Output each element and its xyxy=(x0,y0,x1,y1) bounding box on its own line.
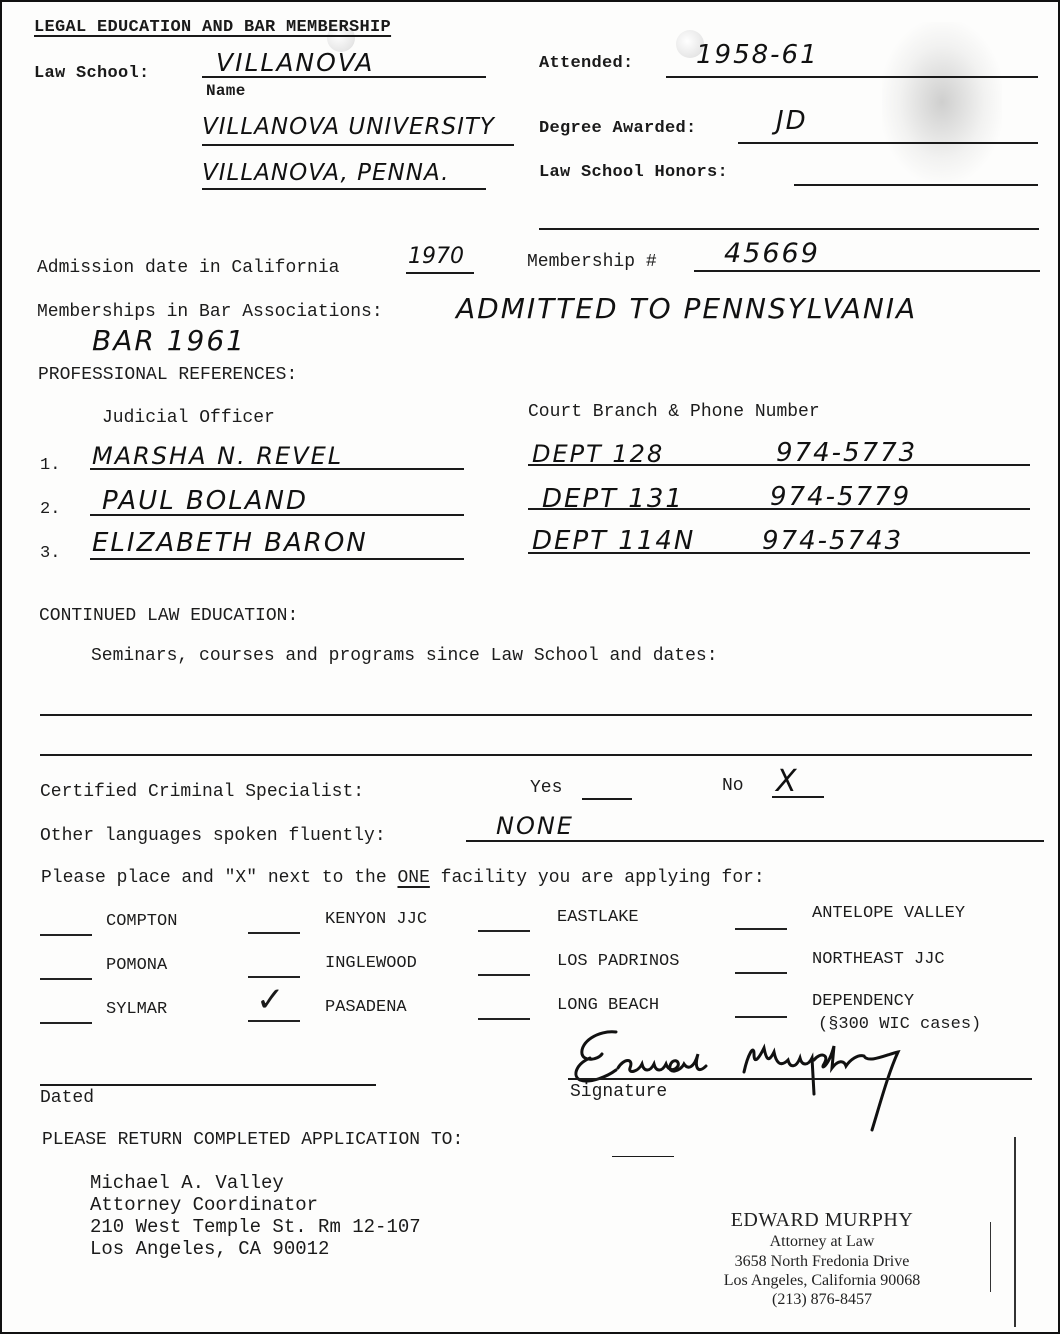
reference-num: 1. xyxy=(40,456,60,475)
reference-officer-line xyxy=(90,514,464,516)
reference-num: 2. xyxy=(40,500,60,519)
bar-associations-value-line2[interactable]: BAR 1961 xyxy=(92,324,246,357)
attended-line xyxy=(666,76,1038,78)
section-title: LEGAL EDUCATION AND BAR MEMBERSHIP xyxy=(34,18,391,37)
facility-checkbox-pasadena[interactable] xyxy=(248,1020,300,1022)
facility-label-pomona: POMONA xyxy=(106,956,167,975)
facility-checkbox-eastlake[interactable] xyxy=(478,930,530,932)
application-form-page: LEGAL EDUCATION AND BAR MEMBERSHIP Law S… xyxy=(0,0,1060,1334)
signature-line xyxy=(568,1078,1032,1080)
continued-education-prompt: Seminars, courses and programs since Law… xyxy=(91,646,718,666)
reference-officer[interactable]: PAUL BOLAND xyxy=(102,486,308,516)
languages-value[interactable]: NONE xyxy=(496,812,574,840)
reference-officer[interactable]: ELIZABETH BARON xyxy=(92,528,368,558)
membership-value[interactable]: 45669 xyxy=(724,238,820,269)
dated-label: Dated xyxy=(40,1088,94,1108)
facility-prompt-emphasis: ONE xyxy=(397,868,429,888)
law-school-label: Law School: xyxy=(34,64,150,83)
admission-label: Admission date in California xyxy=(37,258,339,278)
degree-line xyxy=(738,142,1038,144)
facility-checkbox-antelope-valley[interactable] xyxy=(735,928,787,930)
facility-label-long-beach: LONG BEACH xyxy=(557,996,659,1015)
facility-checkbox-long-beach[interactable] xyxy=(478,1018,530,1020)
attended-label: Attended: xyxy=(539,54,634,73)
dated-line xyxy=(40,1084,376,1086)
honors-line xyxy=(794,184,1038,186)
facility-label-dependency: DEPENDENCY xyxy=(812,992,914,1011)
business-card: EDWARD MURPHY Attorney at Law 3658 North… xyxy=(622,1137,1016,1327)
facility-checkbox-dependency[interactable] xyxy=(735,1016,787,1018)
facility-checkbox-sylmar[interactable] xyxy=(40,1022,92,1024)
continued-education-title: CONTINUED LAW EDUCATION: xyxy=(39,606,298,626)
facility-label-sylmar: SYLMAR xyxy=(106,1000,167,1019)
facility-checkbox-kenyon-jjc[interactable] xyxy=(248,932,300,934)
facility-checkbox-los-padrinos[interactable] xyxy=(478,974,530,976)
facility-checkbox-pomona[interactable] xyxy=(40,978,92,980)
facility-label-compton: COMPTON xyxy=(106,912,177,931)
continued-education-line2 xyxy=(40,754,1032,756)
facility-prompt: Please place and "X" next to the ONE fac… xyxy=(41,868,765,888)
bar-associations-value-line1[interactable]: ADMITTED TO PENNSYLVANIA xyxy=(456,292,917,325)
law-school-address-line1[interactable]: VILLANOVA UNIVERSITY xyxy=(202,114,495,140)
name-caption: Name xyxy=(206,82,246,100)
check-mark-icon: ✓ xyxy=(256,980,285,1020)
law-school-name-line xyxy=(202,76,486,78)
col-judicial-officer: Judicial Officer xyxy=(102,408,275,428)
yes-blank-line xyxy=(582,798,632,800)
degree-value[interactable]: JD xyxy=(776,106,808,136)
return-to-line: Attorney Coordinator xyxy=(90,1194,421,1216)
facility-label-inglewood: INGLEWOOD xyxy=(325,954,417,973)
attended-value[interactable]: 1958-61 xyxy=(696,40,819,70)
criminal-specialist-yes-label: Yes xyxy=(530,778,562,798)
facility-label-eastlake: EASTLAKE xyxy=(557,908,639,927)
card-phone: (213) 876-8457 xyxy=(622,1291,1022,1309)
card-address2: Los Angeles, California 90068 xyxy=(622,1272,1022,1290)
references-title: PROFESSIONAL REFERENCES: xyxy=(38,365,297,385)
return-to-line: 210 West Temple St. Rm 12-107 xyxy=(90,1216,421,1238)
return-to-line: Los Angeles, CA 90012 xyxy=(90,1238,421,1260)
reference-court-line xyxy=(528,464,1030,466)
reference-officer-line xyxy=(90,558,464,560)
membership-label: Membership # xyxy=(527,252,657,272)
reference-officer[interactable]: MARSHA N. REVEL xyxy=(92,442,343,470)
admission-line xyxy=(406,272,474,274)
membership-line xyxy=(694,270,1040,272)
card-title: Attorney at Law xyxy=(622,1233,1022,1251)
criminal-specialist-label: Certified Criminal Specialist: xyxy=(40,782,364,802)
address-line2-underline xyxy=(202,188,486,190)
bar-associations-label: Memberships in Bar Associations: xyxy=(37,302,383,322)
facility-label-los-padrinos: LOS PADRINOS xyxy=(557,952,679,971)
criminal-specialist-no-label: No xyxy=(722,776,744,796)
criminal-specialist-no-value[interactable]: X xyxy=(776,764,799,799)
admission-value[interactable]: 1970 xyxy=(408,244,464,269)
return-to-title: PLEASE RETURN COMPLETED APPLICATION TO: xyxy=(42,1130,463,1150)
facility-label-kenyon-jjc: KENYON JJC xyxy=(325,910,427,929)
return-to-line: Michael A. Valley xyxy=(90,1172,421,1194)
degree-label: Degree Awarded: xyxy=(539,119,697,138)
return-to-address: Michael A. Valley Attorney Coordinator 2… xyxy=(90,1172,421,1260)
law-school-name-value[interactable]: VILLANOVA xyxy=(216,48,374,77)
facility-label-antelope-valley: ANTELOPE VALLEY xyxy=(812,904,965,923)
facility-prompt-post: facility you are applying for: xyxy=(430,868,765,888)
col-court-branch-phone: Court Branch & Phone Number xyxy=(528,402,820,422)
scan-smudge xyxy=(882,22,1002,182)
reference-num: 3. xyxy=(40,544,60,563)
reference-court-line xyxy=(528,508,1030,510)
facility-checkbox-compton[interactable] xyxy=(40,934,92,936)
honors-line-2 xyxy=(539,228,1039,230)
continued-education-line1 xyxy=(40,714,1032,716)
languages-line xyxy=(466,840,1044,842)
no-blank-line xyxy=(772,796,824,798)
address-line1-underline xyxy=(202,144,514,146)
facility-label-pasadena: PASADENA xyxy=(325,998,407,1017)
facility-checkbox-inglewood[interactable] xyxy=(248,976,300,978)
facility-checkbox-northeast-jjc[interactable] xyxy=(735,972,787,974)
card-address1: 3658 North Fredonia Drive xyxy=(622,1253,1022,1271)
honors-label: Law School Honors: xyxy=(539,163,728,182)
law-school-address-line2[interactable]: VILLANOVA, PENNA. xyxy=(202,160,449,186)
signature-label: Signature xyxy=(570,1082,667,1102)
card-name: EDWARD MURPHY xyxy=(622,1209,1022,1232)
reference-officer-line xyxy=(90,468,464,470)
reference-court-line xyxy=(528,552,1030,554)
facility-label-northeast-jjc: NORTHEAST JJC xyxy=(812,950,945,969)
languages-label: Other languages spoken fluently: xyxy=(40,826,386,846)
facility-prompt-pre: Please place and "X" next to the xyxy=(41,868,397,888)
